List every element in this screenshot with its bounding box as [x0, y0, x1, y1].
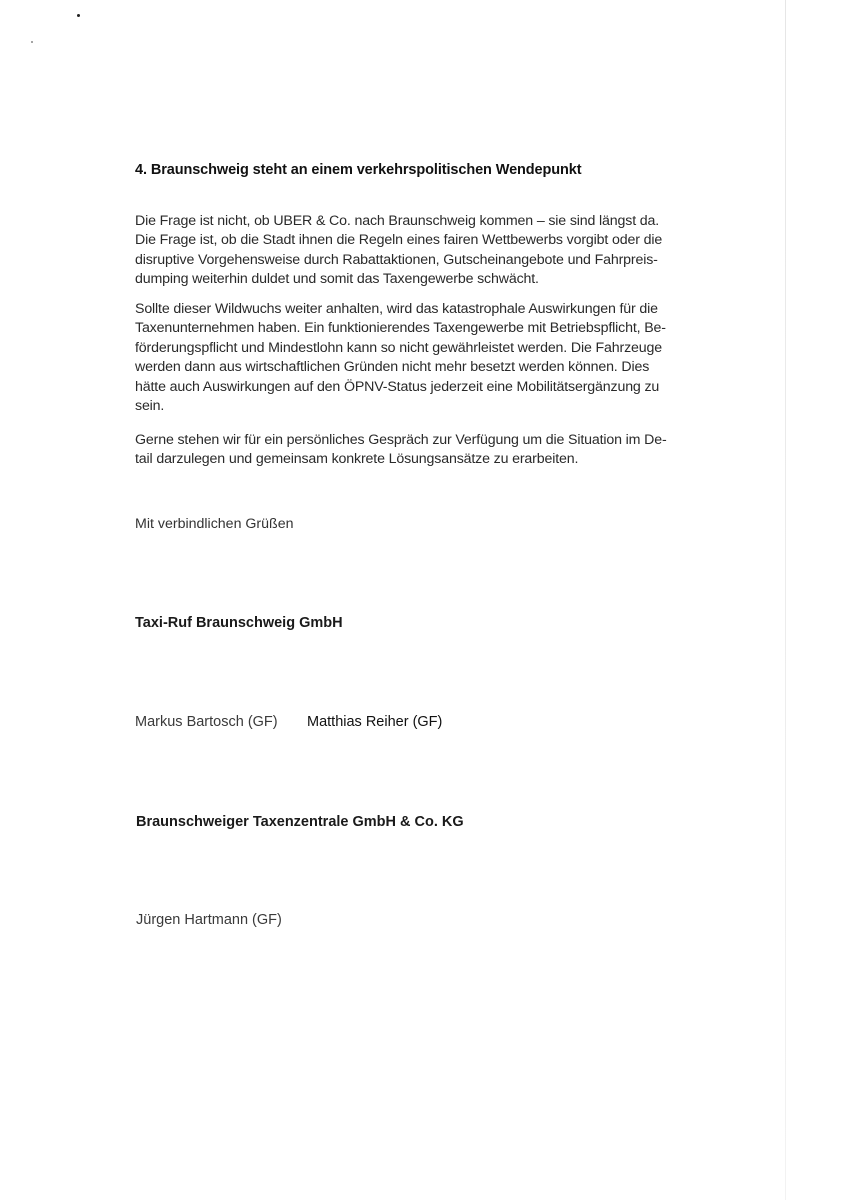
text-line: dumping weiterhin duldet und somit das T…	[135, 270, 705, 289]
text-line: förderungspflicht und Mindestlohn kann s…	[135, 339, 705, 358]
company-name: Taxi-Ruf Braunschweig GmbH	[135, 615, 343, 631]
text-line: Die Frage ist, ob die Stadt ihnen die Re…	[135, 231, 705, 250]
text-line: werden dann aus wirtschaftlichen Gründen…	[135, 358, 705, 377]
text-line: tail darzulegen und gemeinsam konkrete L…	[135, 450, 705, 469]
text-line: Die Frage ist nicht, ob UBER & Co. nach …	[135, 212, 705, 231]
text-line: Sollte dieser Wildwuchs weiter anhalten,…	[135, 300, 705, 319]
scan-speck	[31, 41, 33, 43]
signatory-name: Matthias Reiher (GF)	[307, 714, 442, 730]
text-line: Gerne stehen wir für ein persönliches Ge…	[135, 431, 705, 450]
text-line: disruptive Vorgehensweise durch Rabattak…	[135, 251, 705, 270]
scan-edge-line	[785, 0, 786, 1200]
signatory-name: Markus Bartosch (GF)	[135, 714, 278, 730]
closing-salutation: Mit verbindlichen Grüßen	[135, 516, 294, 532]
section-heading: 4. Braunschweig steht an einem verkehrsp…	[135, 162, 581, 178]
text-line: Taxenunternehmen haben. Ein funktioniere…	[135, 319, 705, 338]
paragraph-1: Die Frage ist nicht, ob UBER & Co. nach …	[135, 212, 705, 290]
text-line: sein.	[135, 397, 705, 416]
document-page: 4. Braunschweig steht an einem verkehrsp…	[0, 0, 850, 1200]
text-line: hätte auch Auswirkungen auf den ÖPNV-Sta…	[135, 378, 705, 397]
paragraph-3: Gerne stehen wir für ein persönliches Ge…	[135, 431, 705, 470]
scan-speck	[77, 14, 80, 17]
company-name: Braunschweiger Taxenzentrale GmbH & Co. …	[136, 814, 464, 830]
paragraph-2: Sollte dieser Wildwuchs weiter anhalten,…	[135, 300, 705, 416]
signatory-name: Jürgen Hartmann (GF)	[136, 912, 282, 928]
